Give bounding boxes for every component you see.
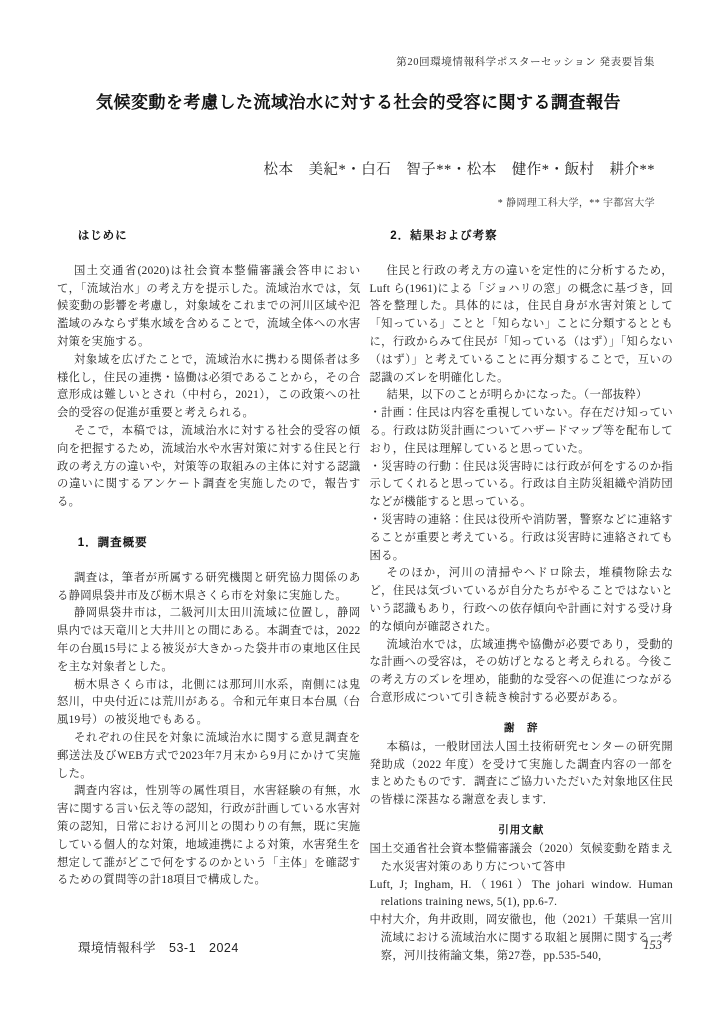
paper-title: 気候変動を考慮した流域治水に対する社会的受容に関する調査報告: [0, 88, 717, 113]
acknowledgments-text: 本稿は，一般財団法人国土技術研究センターの研究開発助成（2022 年度）を受けて…: [370, 739, 674, 810]
paragraph: 調査は，筆者が所属する研究機関と研究協力関係のある静岡県袋井市及び栃木県さくら市…: [57, 570, 361, 606]
body-columns: はじめに 国土交通省(2020)は社会資本整備審議会答申において，「流域治水」の…: [57, 228, 673, 965]
paragraph: 流域治水では，広域連携や協働が必要であり，受動的な計画への受容は，その妨げとなる…: [370, 637, 674, 708]
paragraph: それぞれの住民を対象に流域治水に関する意見調査を郵送法及びWEB方式で2023年…: [57, 730, 361, 783]
reference-item: Luft, J; Ingham, H.（1961）The johari wind…: [370, 877, 674, 913]
paragraph: 国土交通省(2020)は社会資本整備審議会答申において，「流域治水」の考え方を提…: [57, 263, 361, 352]
paragraph: 栃木県さくら市は，北側には那珂川水系，南側には鬼怒川，中央付近には荒川がある。令…: [57, 677, 361, 730]
left-column: はじめに 国土交通省(2020)は社会資本整備審議会答申において，「流域治水」の…: [57, 228, 361, 965]
affiliations-line: * 静岡理工科大学，** 宇都宮大学: [498, 194, 655, 209]
acknowledgments-heading: 謝 辞: [370, 721, 674, 736]
paragraph: 静岡県袋井市は，二級河川太田川流域に位置し，静岡県内では天竜川と大井川との間にあ…: [57, 605, 361, 676]
authors-line: 松本 美紀*・白石 智子**・松本 健作*・飯村 耕介**: [264, 158, 656, 179]
paper-page: 第20回環境情報科学ポスターセッション 発表要旨集 気候変動を考慮した流域治水に…: [0, 0, 717, 1012]
paragraph: そこで，本稿では，流域治水に対する社会的受容の傾向を把握するため，流域治水や水害…: [57, 423, 361, 512]
paragraph: 調査内容は，性別等の属性項目，水害経験の有無，水害に関する言い伝え等の認知，行政…: [57, 783, 361, 890]
section-heading-introduction: はじめに: [78, 228, 361, 246]
paragraph: 住民と行政の考え方の違いを定性的に分析するため，Luft ら(1961)による「…: [370, 263, 674, 388]
reference-item: 国土交通省社会資本整備審議会（2020）気候変動を踏まえた水災害対策のあり方につ…: [370, 841, 674, 877]
finding-bullet-plan: ・計画：住民は内容を重視していない。存在だけ知っている。行政は防災計画についてハ…: [370, 405, 674, 458]
journal-footer: 環境情報科学 53-1 2024: [78, 938, 239, 956]
section-heading-results: 2．結果および考察: [390, 228, 673, 246]
finding-bullet-disaster-contact: ・災害時の連絡：住民は役所や消防署，警察などに連絡することが重要と考えている。行…: [370, 512, 674, 565]
page-number: 153: [643, 938, 662, 953]
references-heading: 引用文献: [370, 823, 674, 838]
finding-bullet-disaster-action: ・災害時の行動：住民は災害時には行政が何をするのか指示してくれると思っている。行…: [370, 459, 674, 512]
right-column: 2．結果および考察 住民と行政の考え方の違いを定性的に分析するため，Luft ら…: [370, 228, 674, 965]
conference-header: 第20回環境情報科学ポスターセッション 発表要旨集: [396, 54, 655, 69]
reference-item: 中村大介，角井政則，岡安徹也，他（2021）千葉県一宮川流域における流域治水に関…: [370, 912, 674, 965]
section-heading-survey-overview: 1．調査概要: [78, 535, 361, 553]
paragraph: そのほか，河川の清掃やヘドロ除去，堆積物除去など，住民は気づいているが自分たちが…: [370, 565, 674, 636]
paragraph: 対象域を広げたことで，流域治水に携わる関係者は多様化し，住民の連携・協働は必須で…: [57, 352, 361, 423]
paragraph: 結果，以下のことが明らかになった。（一部抜粋）: [370, 387, 674, 405]
